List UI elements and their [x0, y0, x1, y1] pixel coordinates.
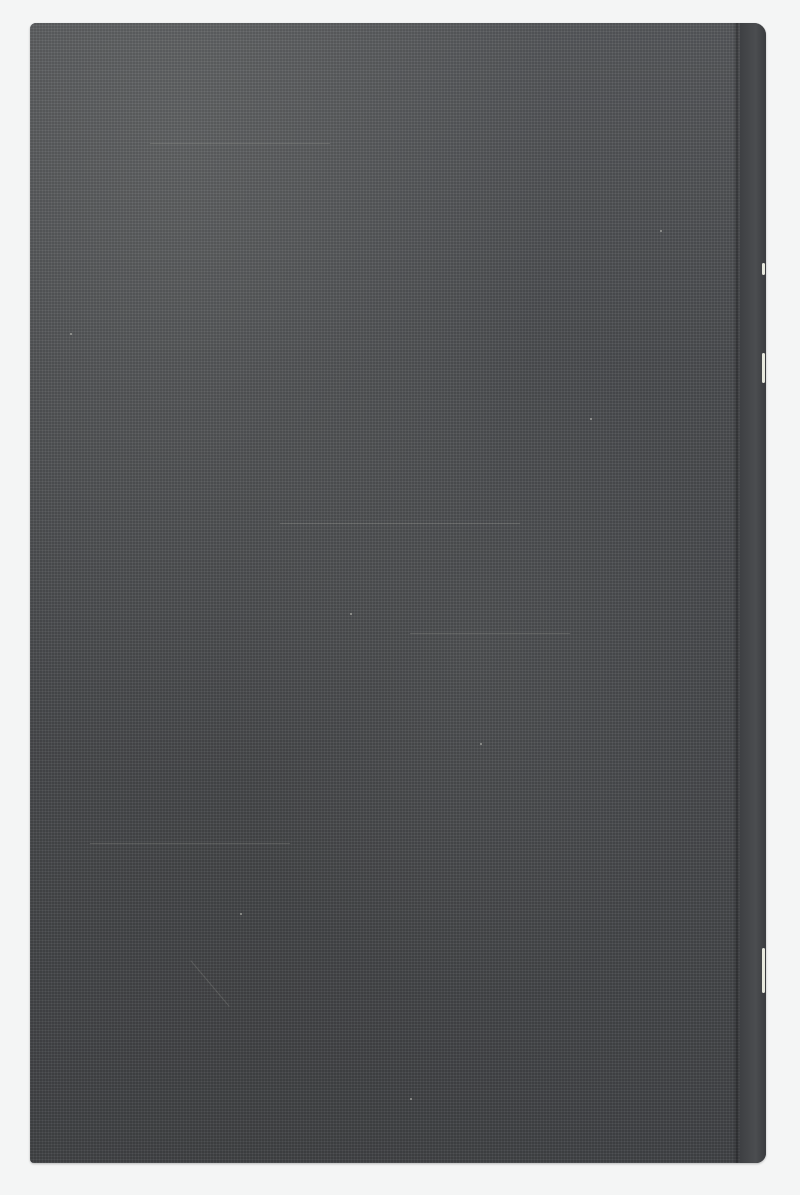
book [30, 23, 766, 1163]
cover-speck [590, 418, 592, 420]
cover-speck [240, 913, 242, 915]
cover-scuff [410, 633, 570, 634]
spine-edge [740, 23, 766, 1163]
cover-speck [480, 743, 482, 745]
cover-speck [410, 1098, 412, 1100]
cover-scuff [280, 523, 520, 524]
spine-lettering-fragment [762, 948, 765, 993]
cover-speck [660, 230, 662, 232]
cover-speck [70, 333, 72, 335]
spine-lettering-fragment [762, 353, 765, 383]
spine-lettering-fragment [762, 263, 765, 275]
cover-scuff [150, 143, 330, 144]
cover-speck [350, 613, 352, 615]
book-front-cover [30, 23, 766, 1163]
cover-scuff [90, 843, 290, 844]
